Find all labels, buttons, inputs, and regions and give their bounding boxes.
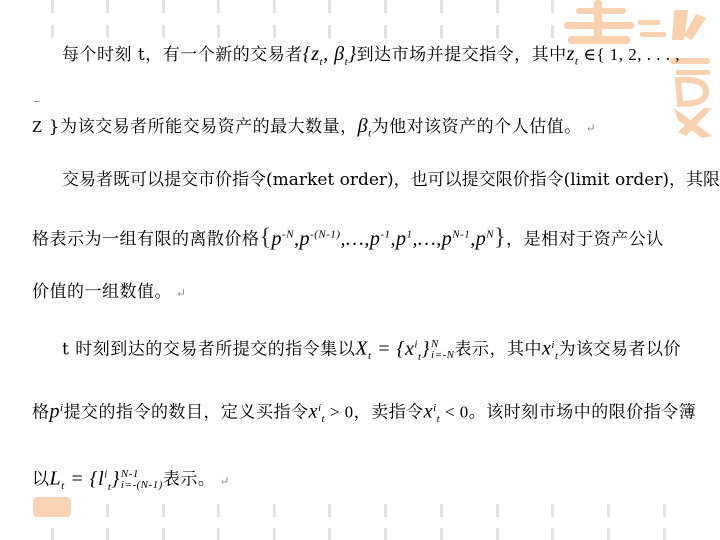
text: 表示，其中 [455, 340, 543, 360]
text: 。该时刻市场中的限价指令簿 [469, 403, 697, 423]
set-limits: N-1i=-(N-1) [121, 469, 163, 491]
decorative-tick [384, 25, 387, 38]
decorative-tick [106, 504, 109, 517]
paragraph-mark-icon: ↵ [586, 121, 597, 135]
brace-open: { [260, 225, 272, 251]
decorative-tick [607, 504, 610, 517]
paragraph1-line1: 每个时刻 t，有一个新的交易者{zt, βt}到达市场并提交指令，其中zt ∈{… [62, 44, 680, 72]
bottom-tick-row-1 [0, 504, 720, 517]
decorative-tick [51, 25, 54, 38]
decorative-tick [162, 25, 165, 38]
decorative-tick [328, 528, 331, 540]
decorative-tick [328, 0, 331, 13]
math-lt: < 0 [440, 403, 469, 422]
math-gt: > 0 [325, 403, 354, 422]
text: 表示。 [163, 470, 216, 490]
decorative-tick [496, 25, 499, 38]
decorative-tick [496, 0, 499, 13]
decorative-tick [217, 504, 220, 517]
decorative-tick [51, 0, 54, 13]
decorative-tick [551, 504, 554, 517]
decorative-tick [496, 504, 499, 517]
text: 格 [32, 403, 50, 423]
decorative-tick [440, 0, 443, 13]
paragraph-mark-icon: ↵ [219, 474, 230, 488]
brace-close: } [494, 225, 506, 251]
math-x: x [542, 338, 551, 360]
math-set: ∈{ 1, 2, . . . , [578, 45, 680, 64]
paragraph1-line2: Z }为该交易者所能交易资产的最大数量，βt为他对该资产的个人估值。↵ [32, 116, 596, 143]
paragraph2-line1: 交易者既可以提交市价指令(market order)，也可以提交限价指令(lim… [62, 170, 720, 190]
paragraph-mark-icon: ↵ [176, 286, 187, 300]
decorative-tick [440, 528, 443, 540]
decorative-tick [328, 25, 331, 38]
decorative-tick [217, 0, 220, 13]
limit-book-set: = {lit} [65, 468, 120, 490]
decorative-tick [106, 528, 109, 540]
decorative-tick [273, 528, 276, 540]
zbar-overline: ‾ [34, 104, 40, 110]
text: ，卖指令 [354, 403, 424, 423]
text: 每个时刻 t，有一个新的交易者 [62, 45, 303, 65]
decorative-tick [162, 504, 165, 517]
paragraph2-line3: 价值的一组数值。↵ [32, 282, 187, 303]
paragraph3-line2: 格pi提交的指令的数目，定义买指令xit > 0，卖指令xit < 0。该时刻市… [32, 398, 696, 429]
decorative-tick [328, 504, 331, 517]
text: 以 [32, 470, 50, 490]
decorative-tick [663, 528, 666, 540]
text: 提交的指令的数目，定义买指令 [64, 403, 309, 423]
math-x: x [424, 401, 433, 423]
decorative-tick [273, 504, 276, 517]
text: 到达市场并提交指令，其中 [357, 45, 567, 65]
decorative-tick [551, 0, 554, 13]
text: 价值的一组数值。 [32, 282, 172, 302]
decorative-tick [217, 25, 220, 38]
math-beta: β [358, 115, 368, 137]
paragraph3-line1: t 时刻到达的交易者所提交的指令集以Xt = {xit}Ni=-N表示，其中xi… [62, 334, 681, 367]
decorative-tick [162, 0, 165, 13]
math-X: X [355, 338, 368, 360]
decorative-tick [551, 25, 554, 38]
decorative-tick [607, 528, 610, 540]
text: }为该交易者所能交易资产的最大数量， [49, 117, 358, 137]
math-x: x [309, 401, 318, 423]
decorative-tick [217, 528, 220, 540]
decorative-tick [106, 25, 109, 38]
math-zbar: Z [32, 117, 43, 136]
math-L: L [50, 468, 62, 490]
decorative-tick [51, 528, 54, 540]
order-set: = {xit} [372, 338, 431, 360]
paragraph2-line2: 格表示为一组有限的离散价格{p-N,p-(N-1),…,p-1,p1,…,pN-… [32, 224, 664, 250]
decorative-tick [273, 0, 276, 13]
small-seal-icon [33, 497, 71, 517]
set-limits: Ni=-N [431, 339, 454, 361]
text: t 时刻到达的交易者所提交的指令集以 [62, 340, 355, 360]
decorative-tick [384, 0, 387, 13]
text: 为该交易者以价 [559, 340, 682, 360]
text: ，是相对于资产公认 [506, 230, 664, 250]
decorative-tick [273, 25, 276, 38]
text: 交易者既可以提交市价指令(market order)，也可以提交限价指令(lim… [62, 170, 720, 190]
math-p: p [50, 401, 61, 423]
text: 格表示为一组有限的离散价格 [32, 230, 260, 250]
decorative-tick [162, 528, 165, 540]
decorative-tick [551, 528, 554, 540]
decorative-tick [440, 25, 443, 38]
decorative-tick [106, 0, 109, 13]
decorative-tick [384, 504, 387, 517]
paragraph3-line3: 以Lt = {lit}N-1i=-(N-1)表示。↵ [32, 464, 230, 497]
math-z: z [567, 43, 575, 65]
decorative-tick [440, 504, 443, 517]
decorative-tick [663, 504, 666, 517]
bottom-tick-row-2 [0, 528, 720, 540]
price-set: p-N,p-(N-1),…,p-1,p1,…,pN-1,pN [272, 228, 495, 250]
trader-tuple: {zt, βt} [303, 43, 357, 65]
decorative-tick [496, 528, 499, 540]
text: 为他对该资产的个人估值。 [372, 117, 582, 137]
decorative-tick [384, 528, 387, 540]
